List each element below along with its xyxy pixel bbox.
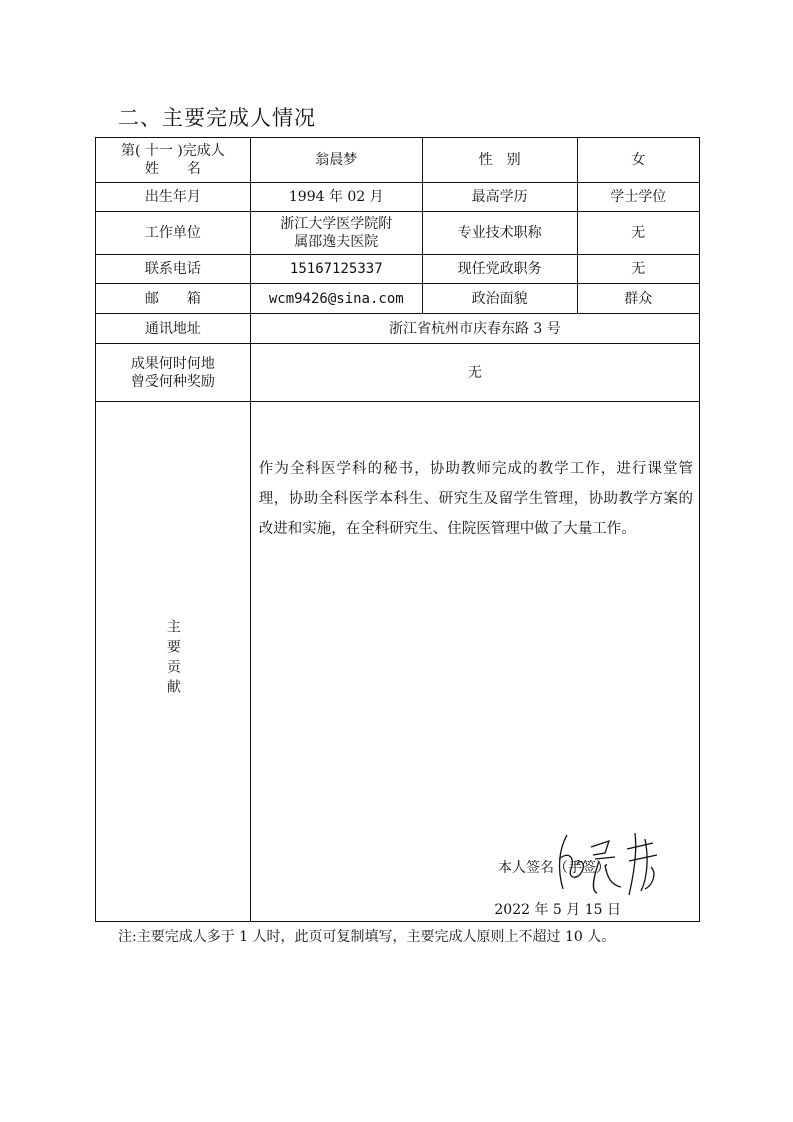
table-row: 主要贡献 作为全科医学科的秘书，协助教师完成的教学工作，进行课堂管理，协助全科医… — [96, 402, 700, 922]
email-label: 邮 箱 — [96, 284, 251, 314]
political-status-value: 群众 — [577, 284, 699, 314]
name-label: 第( 十一 )完成人姓 名 — [96, 138, 251, 183]
table-row: 工作单位 浙江大学医学院附属邵逸夫医院 专业技术职称 无 — [96, 212, 700, 255]
table-row: 出生年月 1994 年 02 月 最高学历 学士学位 — [96, 183, 700, 212]
gender-value: 女 — [577, 138, 699, 183]
gender-label: 性 别 — [422, 138, 577, 183]
table-row: 成果何时何地曾受何种奖励 无 — [96, 344, 700, 402]
political-status-label: 政治面貌 — [422, 284, 577, 314]
education-value: 学士学位 — [577, 183, 699, 212]
professional-title-label: 专业技术职称 — [422, 212, 577, 255]
party-post-label: 现任党政职务 — [422, 255, 577, 284]
table-row: 邮 箱 wcm9426@sina.com 政治面貌 群众 — [96, 284, 700, 314]
party-post-value: 无 — [577, 255, 699, 284]
employer-value: 浙江大学医学院附属邵逸夫医院 — [250, 212, 422, 255]
employer-label: 工作单位 — [96, 212, 251, 255]
table-row: 第( 十一 )完成人姓 名 翁晨梦 性 别 女 — [96, 138, 700, 183]
awards-value: 无 — [250, 344, 699, 402]
phone-label: 联系电话 — [96, 255, 251, 284]
address-value: 浙江省杭州市庆春东路 3 号 — [250, 314, 699, 344]
section-title: 二、主要完成人情况 — [118, 102, 316, 132]
handwritten-signature — [549, 829, 669, 899]
phone-value: 15167125337 — [250, 255, 422, 284]
signature-date: 2022 年 5 月 15 日 — [494, 901, 621, 919]
contribution-label-cell: 主要贡献 — [96, 402, 251, 922]
contribution-label: 主要贡献 — [164, 619, 182, 699]
birth-value: 1994 年 02 月 — [250, 183, 422, 212]
birth-label: 出生年月 — [96, 183, 251, 212]
awards-label: 成果何时何地曾受何种奖励 — [96, 344, 251, 402]
table-row: 通讯地址 浙江省杭州市庆春东路 3 号 — [96, 314, 700, 344]
address-label: 通讯地址 — [96, 314, 251, 344]
footnote: 注:主要完成人多于 1 人时，此页可复制填写，主要完成人原则上不超过 10 人。 — [118, 926, 615, 946]
contribution-text: 作为全科医学科的秘书，协助教师完成的教学工作，进行课堂管理，协助全科医学本科生、… — [259, 454, 693, 544]
education-label: 最高学历 — [422, 183, 577, 212]
table-row: 联系电话 15167125337 现任党政职务 无 — [96, 255, 700, 284]
email-value: wcm9426@sina.com — [250, 284, 422, 314]
completer-info-table: 第( 十一 )完成人姓 名 翁晨梦 性 别 女 出生年月 1994 年 02 月… — [95, 137, 700, 922]
professional-title-value: 无 — [577, 212, 699, 255]
name-value: 翁晨梦 — [250, 138, 422, 183]
contribution-cell: 作为全科医学科的秘书，协助教师完成的教学工作，进行课堂管理，协助全科医学本科生、… — [250, 402, 699, 922]
